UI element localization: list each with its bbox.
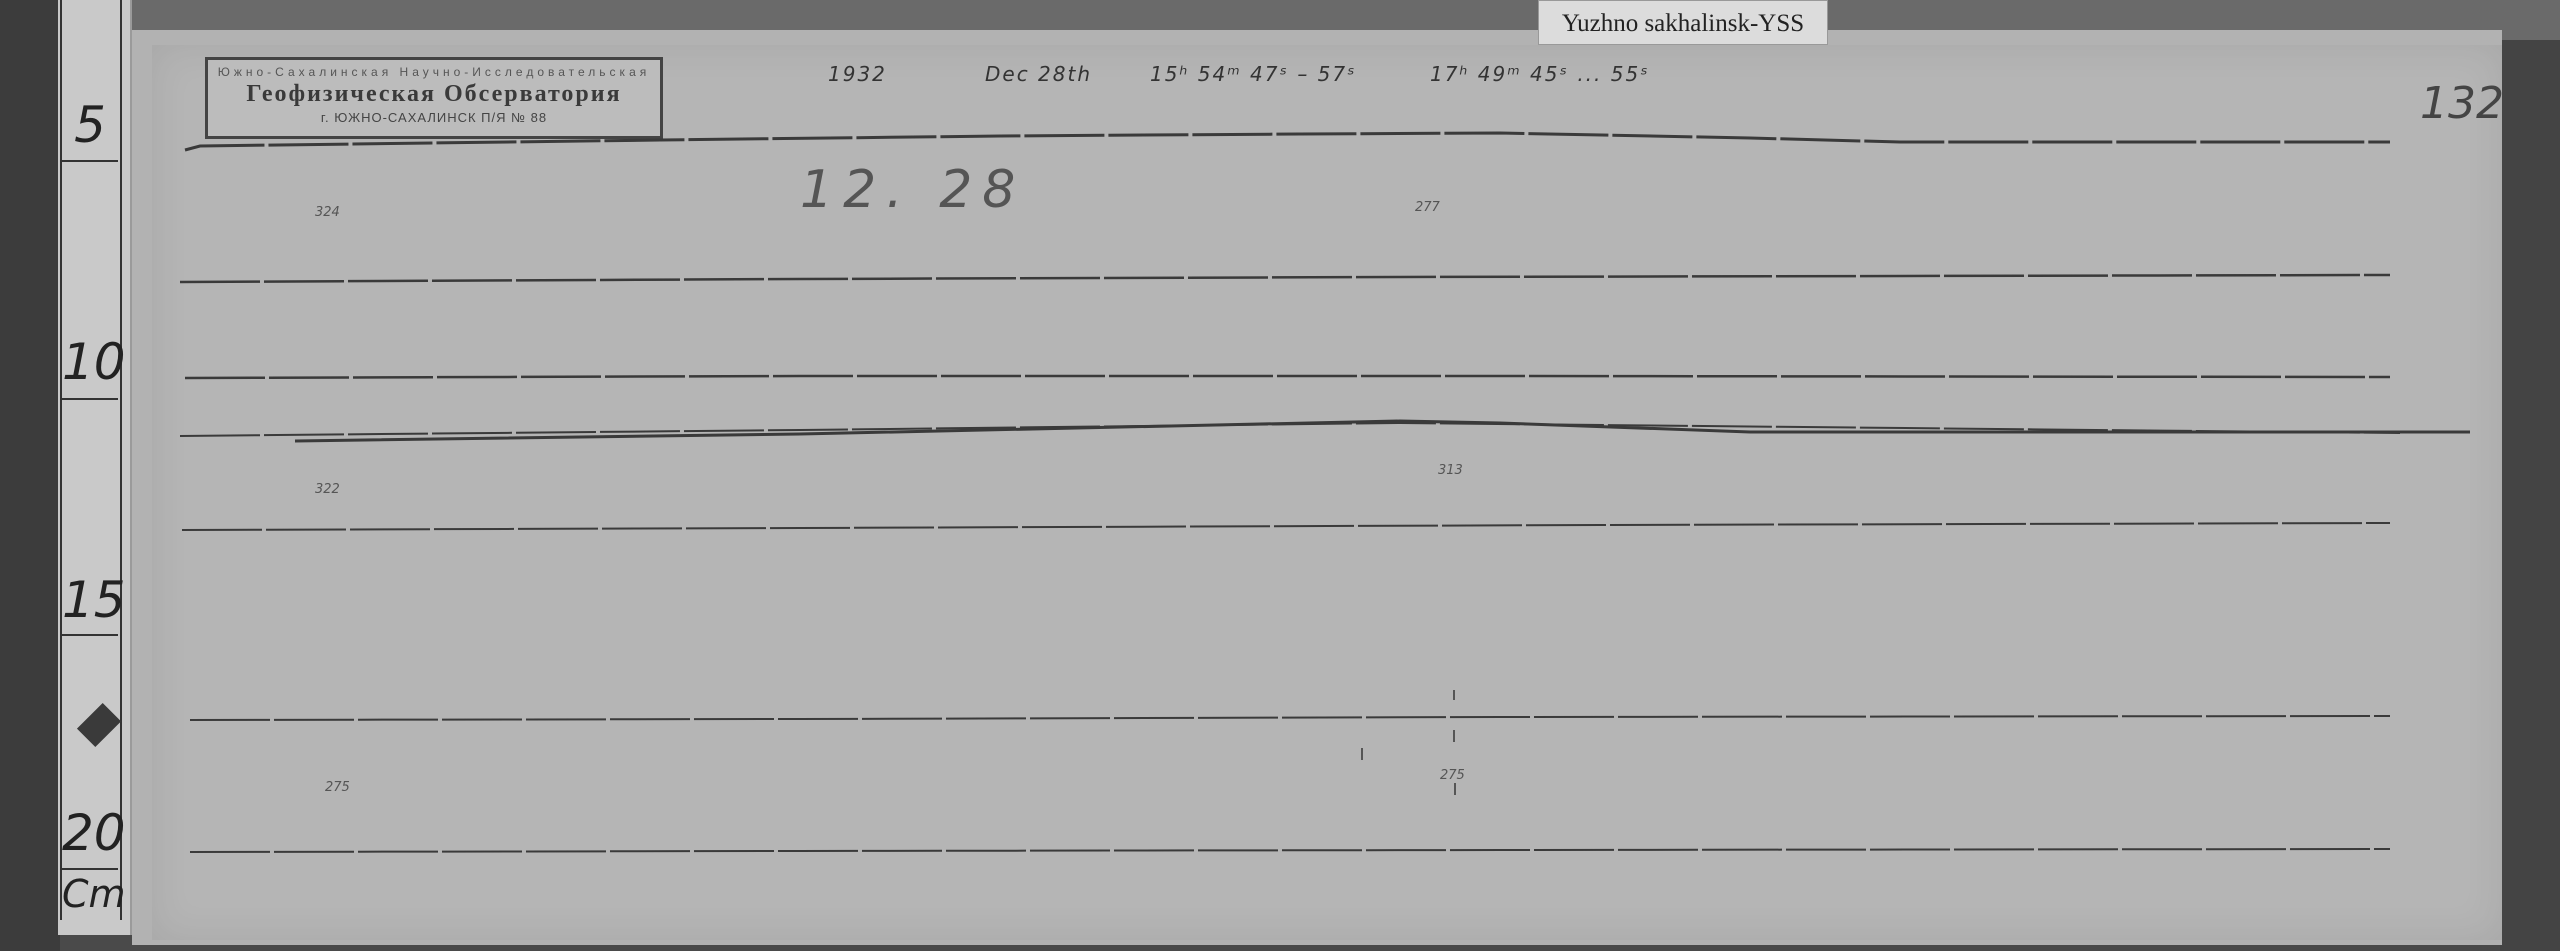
trace-line-3 (185, 376, 2390, 378)
trace-line-6 (190, 716, 2390, 720)
trace-line-2 (180, 275, 2390, 282)
trace-line-4a (180, 423, 2400, 436)
trace-line-1 (185, 133, 2390, 150)
seismogram-traces (0, 0, 2560, 951)
trace-line-7 (190, 849, 2390, 852)
trace-line-5 (182, 523, 2390, 530)
